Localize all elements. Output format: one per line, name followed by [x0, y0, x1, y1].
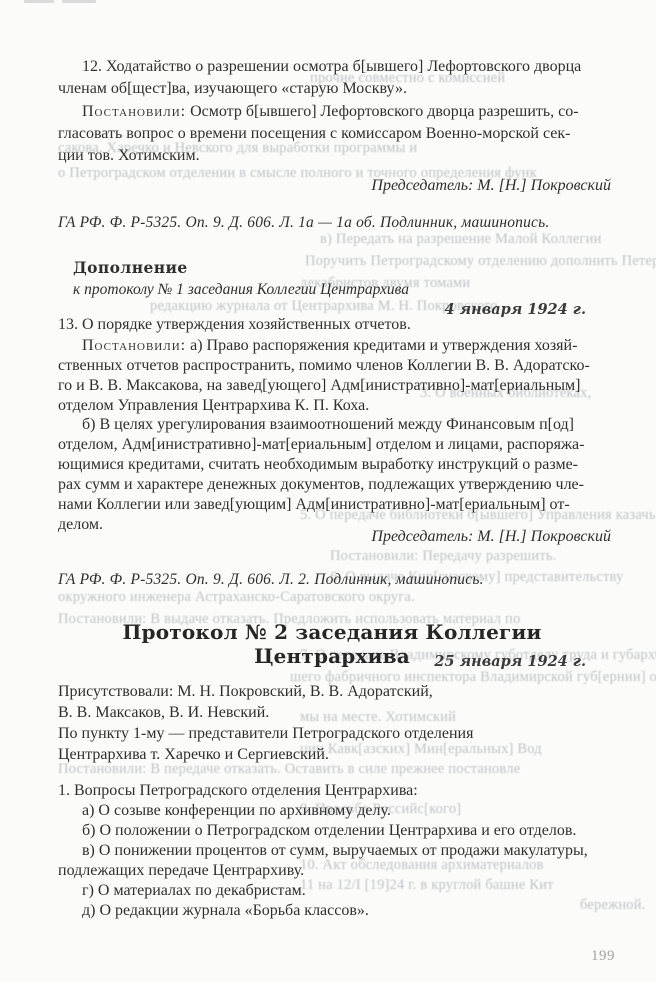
- agenda-item-b: б) О положении о Петроградском отделении…: [58, 821, 606, 841]
- paragraph-resolution-12: Постановили: Осмотр б[ывшего] Лефортовск…: [58, 101, 606, 167]
- paragraph-item-13: 13. О порядке утверждения хозяйственных …: [58, 314, 606, 336]
- agenda-item-v: в) О понижении процентов от сумм, выруча…: [58, 841, 606, 881]
- archive-reference-1: ГА РФ. Ф. Р-5325. Оп. 9. Д. 606. Л. 1а —…: [58, 214, 606, 232]
- agenda-item-d: д) О редакции журнала «Борьба классов».: [58, 901, 606, 921]
- addendum-subtitle: к протоколу № 1 заседания Коллегии Центр…: [73, 279, 606, 301]
- signature-line-2: Председатель: М. [Н.] Покровский: [58, 528, 611, 546]
- agenda-heading: 1. Вопросы Петроградского отделения Цент…: [58, 781, 606, 801]
- addendum-title: Дополнение: [73, 257, 606, 279]
- archive-reference-2: ГА РФ. Ф. Р-5325. Оп. 9. Д. 606. Л. 2. П…: [58, 571, 606, 589]
- signature-line-1: Председатель: М. [Н.] Покровский: [58, 177, 611, 195]
- paragraph-item-12: 12. Ходатайство о разрешении осмотра б[ы…: [58, 56, 606, 100]
- scan-artifact: [62, 0, 96, 3]
- agenda-item-g: г) О материалах по декабристам.: [58, 881, 606, 901]
- addendum-block: Дополнение к протоколу № 1 заседания Кол…: [73, 257, 606, 301]
- document-page: прочие совместно с комиссией сакова, Хар…: [0, 0, 656, 982]
- page-number: 199: [591, 948, 615, 965]
- bleedthrough-line: в) Передать на разрешение Малой Коллегии: [320, 231, 602, 248]
- resolved-label: Постановили:: [82, 103, 186, 120]
- agenda-item-a: а) О созыве конференции по архивному дел…: [58, 801, 606, 821]
- bleedthrough-line: окружного инженера Астраханско-Саратовск…: [58, 589, 415, 606]
- agenda-block: 1. Вопросы Петроградского отделения Цент…: [58, 781, 606, 921]
- paragraph-resolution-13b: б) В целях урегулирования взаимоотношени…: [58, 415, 606, 535]
- scan-artifact: [24, 0, 54, 3]
- attendees-paragraph: Присутствовали: М. Н. Покровский, В. В. …: [58, 681, 606, 765]
- paragraph-resolution-13a: Постановили: а) Право распоряжения креди…: [58, 336, 606, 416]
- protocol-2-date: 25 января 1924 г.: [58, 653, 586, 670]
- bleedthrough-line: Постановили: Передачу разрешить.: [330, 548, 557, 565]
- resolved-label: Постановили:: [82, 337, 186, 354]
